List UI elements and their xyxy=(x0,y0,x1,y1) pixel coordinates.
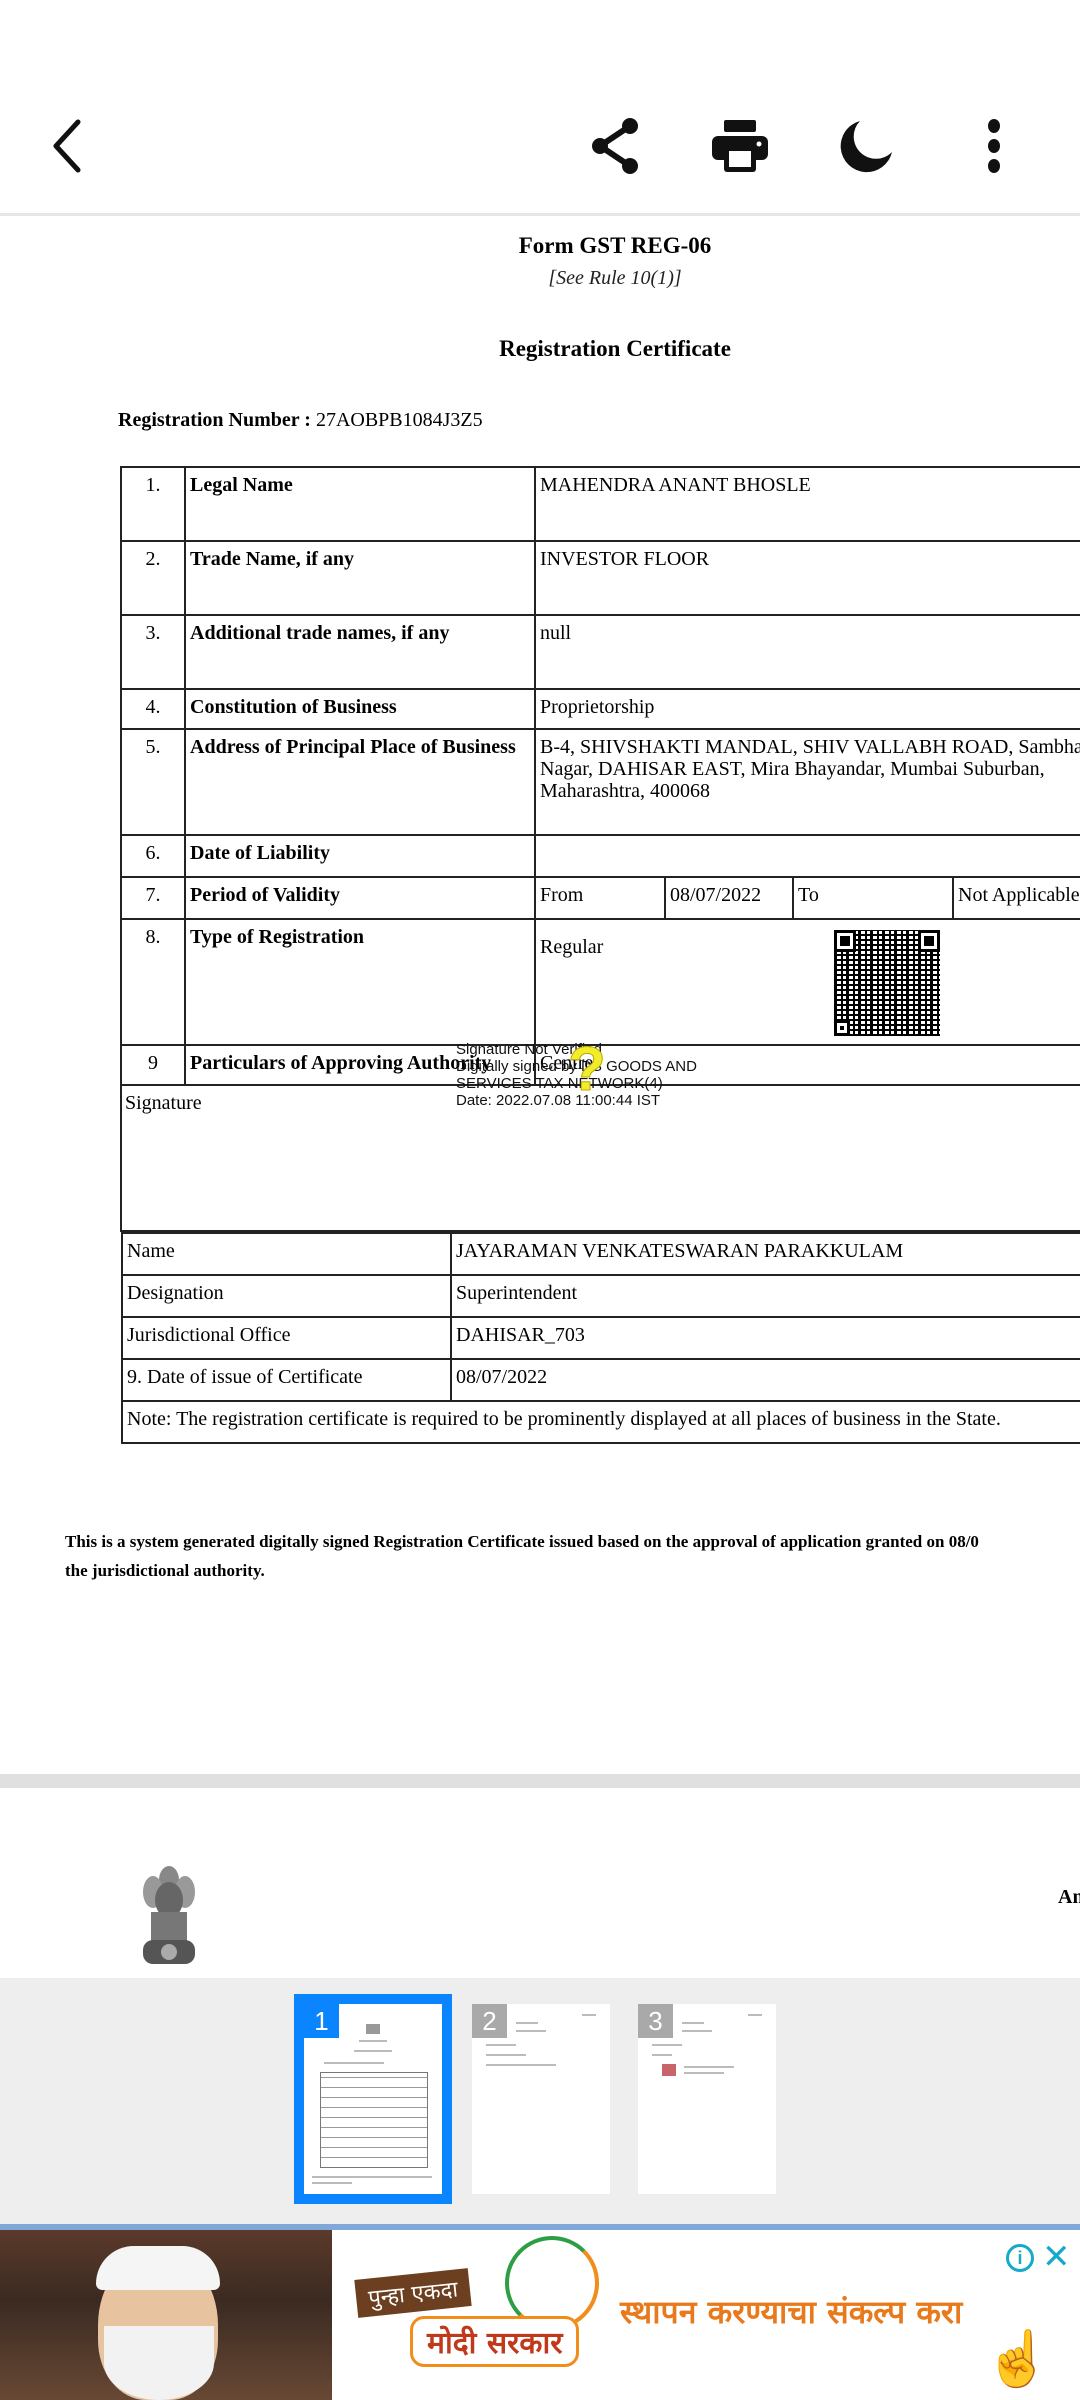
row-label: Trade Name, if any xyxy=(185,541,535,615)
table-row: Name JAYARAMAN VENKATESWARAN PARAKKULAM xyxy=(122,1233,1080,1275)
share-icon[interactable] xyxy=(578,110,650,182)
thumbnail-page-1[interactable]: 1 xyxy=(304,2004,442,2194)
authority-value: DAHISAR_703 xyxy=(451,1317,1080,1359)
row-number: 1. xyxy=(121,467,185,541)
row-value: null xyxy=(535,615,1080,689)
print-icon[interactable] xyxy=(704,110,776,182)
footer-line-1: This is a system generated digitally sig… xyxy=(65,1527,1080,1556)
authority-label: Jurisdictional Office xyxy=(122,1317,451,1359)
thumbnail-page-number: 2 xyxy=(472,2004,507,2038)
row-label: Legal Name xyxy=(185,467,535,541)
back-icon[interactable] xyxy=(32,110,104,182)
row-value xyxy=(535,835,1080,877)
table-row: Jurisdictional Office DAHISAR_703 xyxy=(122,1317,1080,1359)
table-row: 7. Period of Validity From 08/07/2022 To… xyxy=(121,877,1080,919)
authority-value: 08/07/2022 xyxy=(451,1359,1080,1401)
signature-unverified-icon: ? xyxy=(568,1039,606,1101)
validity-to-label: To xyxy=(793,877,953,919)
footer-line-2: the jurisdictional authority. xyxy=(65,1556,1080,1585)
row-number: 3. xyxy=(121,615,185,689)
thumbnail-page-number: 1 xyxy=(304,2004,339,2038)
row-value: MAHENDRA ANANT BHOSLE xyxy=(535,467,1080,541)
ad-tagline-1: पुन्हा एकदा xyxy=(354,2268,471,2318)
table-row: 6. Date of Liability xyxy=(121,835,1080,877)
document-page-1[interactable]: Government of India Form GST REG-06 [See… xyxy=(0,219,1080,1774)
authority-label: Designation xyxy=(122,1275,451,1317)
registration-number-label: Registration Number : xyxy=(118,409,311,431)
row-value: Regular xyxy=(535,919,1080,1045)
moon-icon[interactable] xyxy=(830,110,902,182)
table-row: 1. Legal Name MAHENDRA ANANT BHOSLE xyxy=(121,467,1080,541)
row-number: 8. xyxy=(121,919,185,1045)
row-value: Proprietorship xyxy=(535,689,1080,729)
row-number: 7. xyxy=(121,877,185,919)
thumbnail-page-2[interactable]: 2 xyxy=(472,2004,610,2194)
page-thumbnails: 1 2 3 xyxy=(0,1978,1080,2224)
note-text: Note: The registration certificate is re… xyxy=(122,1401,1080,1443)
rule-reference: [See Rule 10(1)] xyxy=(0,267,1080,290)
ad-info-icon[interactable]: i xyxy=(1006,2244,1034,2272)
top-toolbar xyxy=(0,0,1080,216)
row-label: Type of Registration xyxy=(185,919,535,1045)
row-label: Additional trade names, if any xyxy=(185,615,535,689)
ad-headline: स्थापन करण्याचा संकल्प करा xyxy=(620,2290,962,2333)
authority-table: Name JAYARAMAN VENKATESWARAN PARAKKULAM … xyxy=(121,1232,1080,1444)
national-emblem-icon xyxy=(133,1858,205,1970)
system-generated-note: This is a system generated digitally sig… xyxy=(65,1527,1080,1585)
row-label: Address of Principal Place of Business xyxy=(185,729,535,835)
row-value: INVESTOR FLOOR xyxy=(535,541,1080,615)
annexure-label-cut: An xyxy=(1058,1886,1080,1909)
certificate-title: Registration Certificate xyxy=(0,336,1080,362)
row-number: 4. xyxy=(121,689,185,729)
table-row: 4. Constitution of Business Proprietorsh… xyxy=(121,689,1080,729)
authority-value: JAYARAMAN VENKATESWARAN PARAKKULAM xyxy=(451,1233,1080,1275)
row-label: Period of Validity xyxy=(185,877,535,919)
row-number: 9 xyxy=(121,1045,185,1085)
ad-banner[interactable]: पुन्हा एकदा मोदी सरकार स्थापन करण्याचा स… xyxy=(0,2224,1080,2400)
qr-code[interactable] xyxy=(834,930,940,1036)
table-row: 5. Address of Principal Place of Busines… xyxy=(121,729,1080,835)
page-separator xyxy=(0,1774,1080,1788)
table-row: 2. Trade Name, if any INVESTOR FLOOR xyxy=(121,541,1080,615)
validity-to-value: Not Applicable xyxy=(953,877,1080,919)
validity-from-label: From xyxy=(535,877,665,919)
authority-label: Name xyxy=(122,1233,451,1275)
more-vertical-icon[interactable] xyxy=(958,110,1030,182)
authority-value: Superintendent xyxy=(451,1275,1080,1317)
form-title: Form GST REG-06 xyxy=(0,233,1080,259)
row-label: Constitution of Business xyxy=(185,689,535,729)
ad-pointing-hand-icon: ☝ xyxy=(984,2328,1051,2391)
registration-number: Registration Number : 27AOBPB1084J3Z5 xyxy=(118,409,483,432)
table-row: 3. Additional trade names, if any null xyxy=(121,615,1080,689)
note-row: Note: The registration certificate is re… xyxy=(122,1401,1080,1443)
validity-from-value: 08/07/2022 xyxy=(665,877,793,919)
row-number: 6. xyxy=(121,835,185,877)
thumbnail-page-number: 3 xyxy=(638,2004,673,2038)
authority-table-wrap: Name JAYARAMAN VENKATESWARAN PARAKKULAM … xyxy=(121,1231,1080,1444)
ad-tagline-2: मोदी सरकार xyxy=(410,2316,579,2367)
row-label: Date of Liability xyxy=(185,835,535,877)
ad-close-icon[interactable]: ✕ xyxy=(1042,2240,1071,2274)
ad-photo xyxy=(0,2230,332,2400)
registration-number-value: 27AOBPB1084J3Z5 xyxy=(316,409,483,431)
row-value: B-4, SHIVSHAKTI MANDAL, SHIV VALLABH ROA… xyxy=(535,729,1080,835)
thumbnail-page-3[interactable]: 3 xyxy=(638,2004,776,2194)
table-row: Designation Superintendent xyxy=(122,1275,1080,1317)
authority-label: 9. Date of issue of Certificate xyxy=(122,1359,451,1401)
row-number: 5. xyxy=(121,729,185,835)
row-number: 2. xyxy=(121,541,185,615)
document-page-2[interactable]: An xyxy=(0,1788,1080,1978)
table-row: 9. Date of issue of Certificate 08/07/20… xyxy=(122,1359,1080,1401)
